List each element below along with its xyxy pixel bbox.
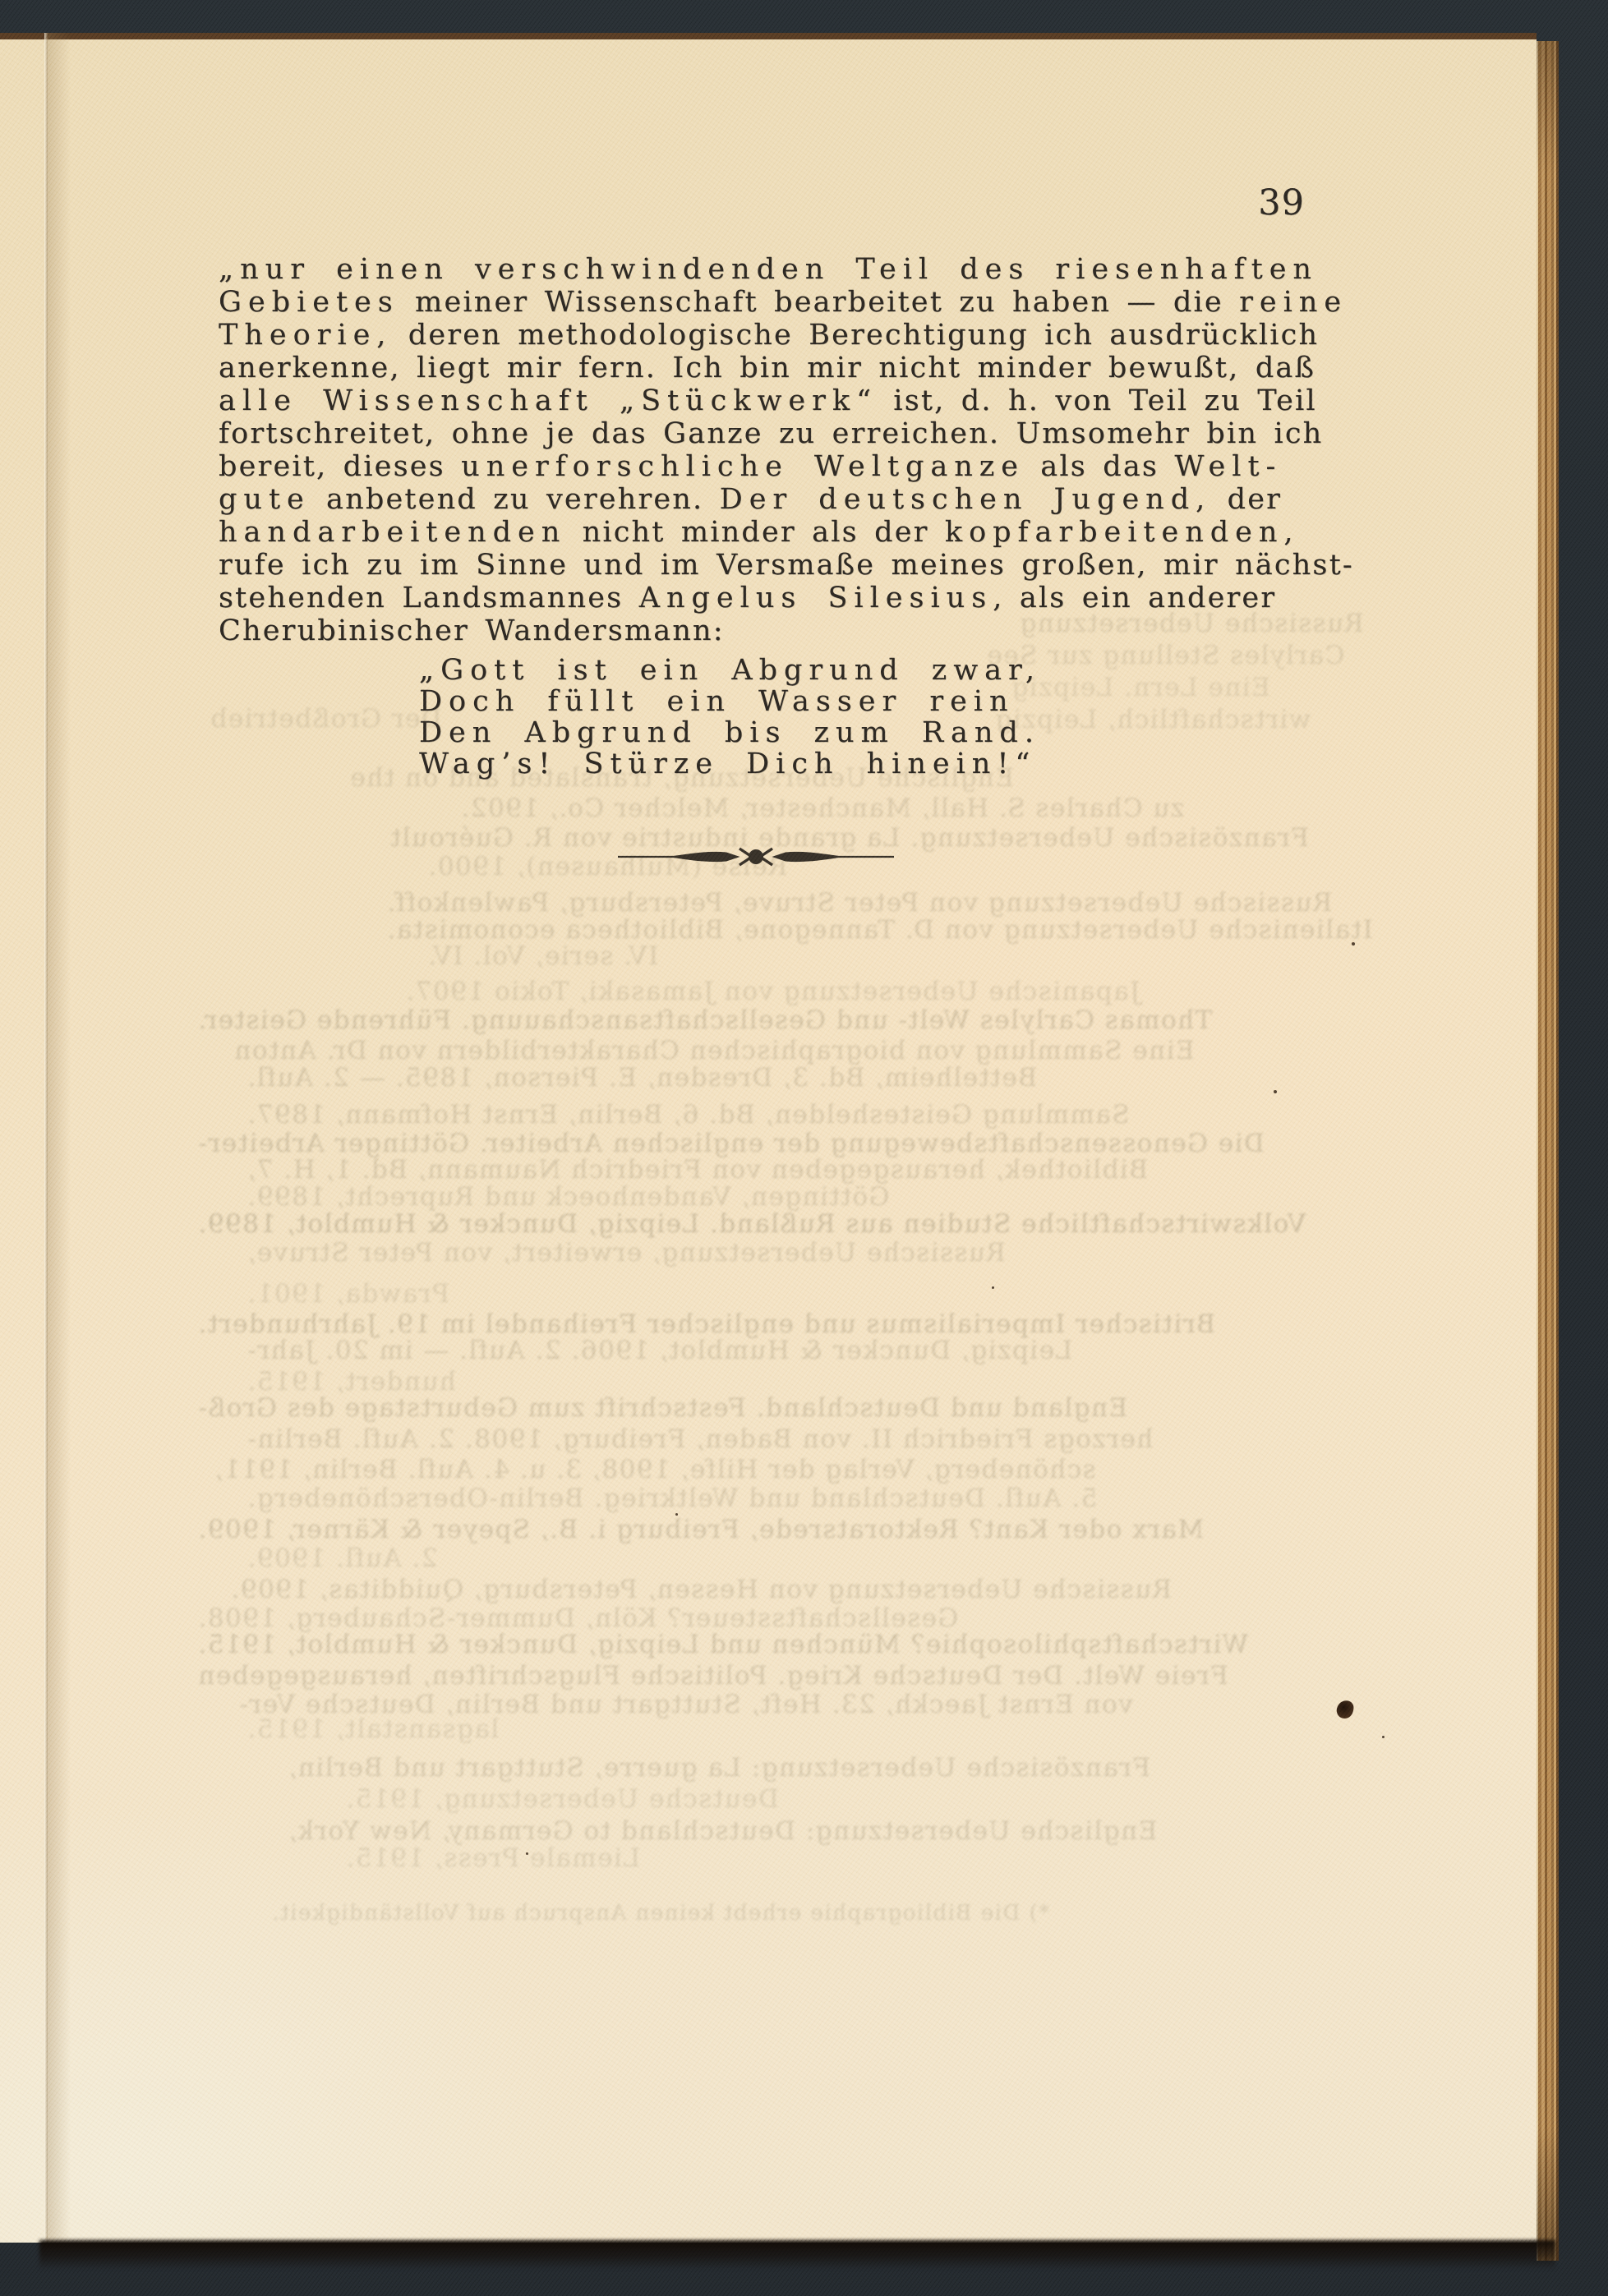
text-line: gute anbetend zu verehren. Der deutschen… <box>219 483 1354 516</box>
text-line: Cherubinischer Wandersmann: <box>219 614 1354 647</box>
text-line: bereit, dieses unerforschliche Weltganze… <box>219 450 1354 483</box>
text-line: Gebietes meiner Wissenschaft bearbeitet … <box>219 286 1354 319</box>
text-line: „nur einen verschwindenden Teil des ries… <box>219 253 1354 286</box>
paper-speck <box>675 1513 678 1516</box>
paper-speck <box>992 1286 994 1289</box>
text-line: alle Wissenschaft „Stückwerk“ ist, d. h.… <box>219 384 1354 417</box>
poem-line: Doch füllt ein Wasser rein <box>419 686 1041 717</box>
text-line: fortschreitet, ohne je das Ganze zu erre… <box>219 417 1354 450</box>
text-line: rufe ich zu im Sinne und im Versmaße mei… <box>219 549 1354 582</box>
paper-speck <box>1274 1090 1277 1093</box>
paper-speck <box>1352 942 1355 946</box>
text-line: handarbeitenden nicht minder als der kop… <box>219 516 1354 549</box>
body-paragraph: „nur einen verschwindenden Teil des ries… <box>219 253 1354 647</box>
poem-line: Den Abgrund bis zum Rand. <box>419 717 1041 748</box>
scanned-book-page: Russische UebersetzungCarlyles Stellung … <box>0 0 1608 2296</box>
page-number: 39 <box>1157 182 1305 223</box>
divider-ornament <box>616 842 896 872</box>
poem-quote: „Gott ist ein Abgrund zwar,Doch füllt ei… <box>419 655 1041 780</box>
ink-blot <box>1335 1699 1355 1720</box>
poem-line: „Gott ist ein Abgrund zwar, <box>419 655 1041 686</box>
poem-line: Wag’s! Stürze Dich hinein!“ <box>419 748 1041 780</box>
paper-speck <box>526 1852 528 1855</box>
paper-speck <box>1382 1736 1385 1738</box>
text-line: anerkenne, liegt mir fern. Ich bin mir n… <box>219 352 1354 384</box>
text-line: Theorie, deren methodologische Berechtig… <box>219 319 1354 352</box>
text-line: stehenden Landsmannes Angelus Silesius, … <box>219 582 1354 614</box>
page-content: 39 „nur einen verschwindenden Teil des r… <box>0 0 1608 2296</box>
